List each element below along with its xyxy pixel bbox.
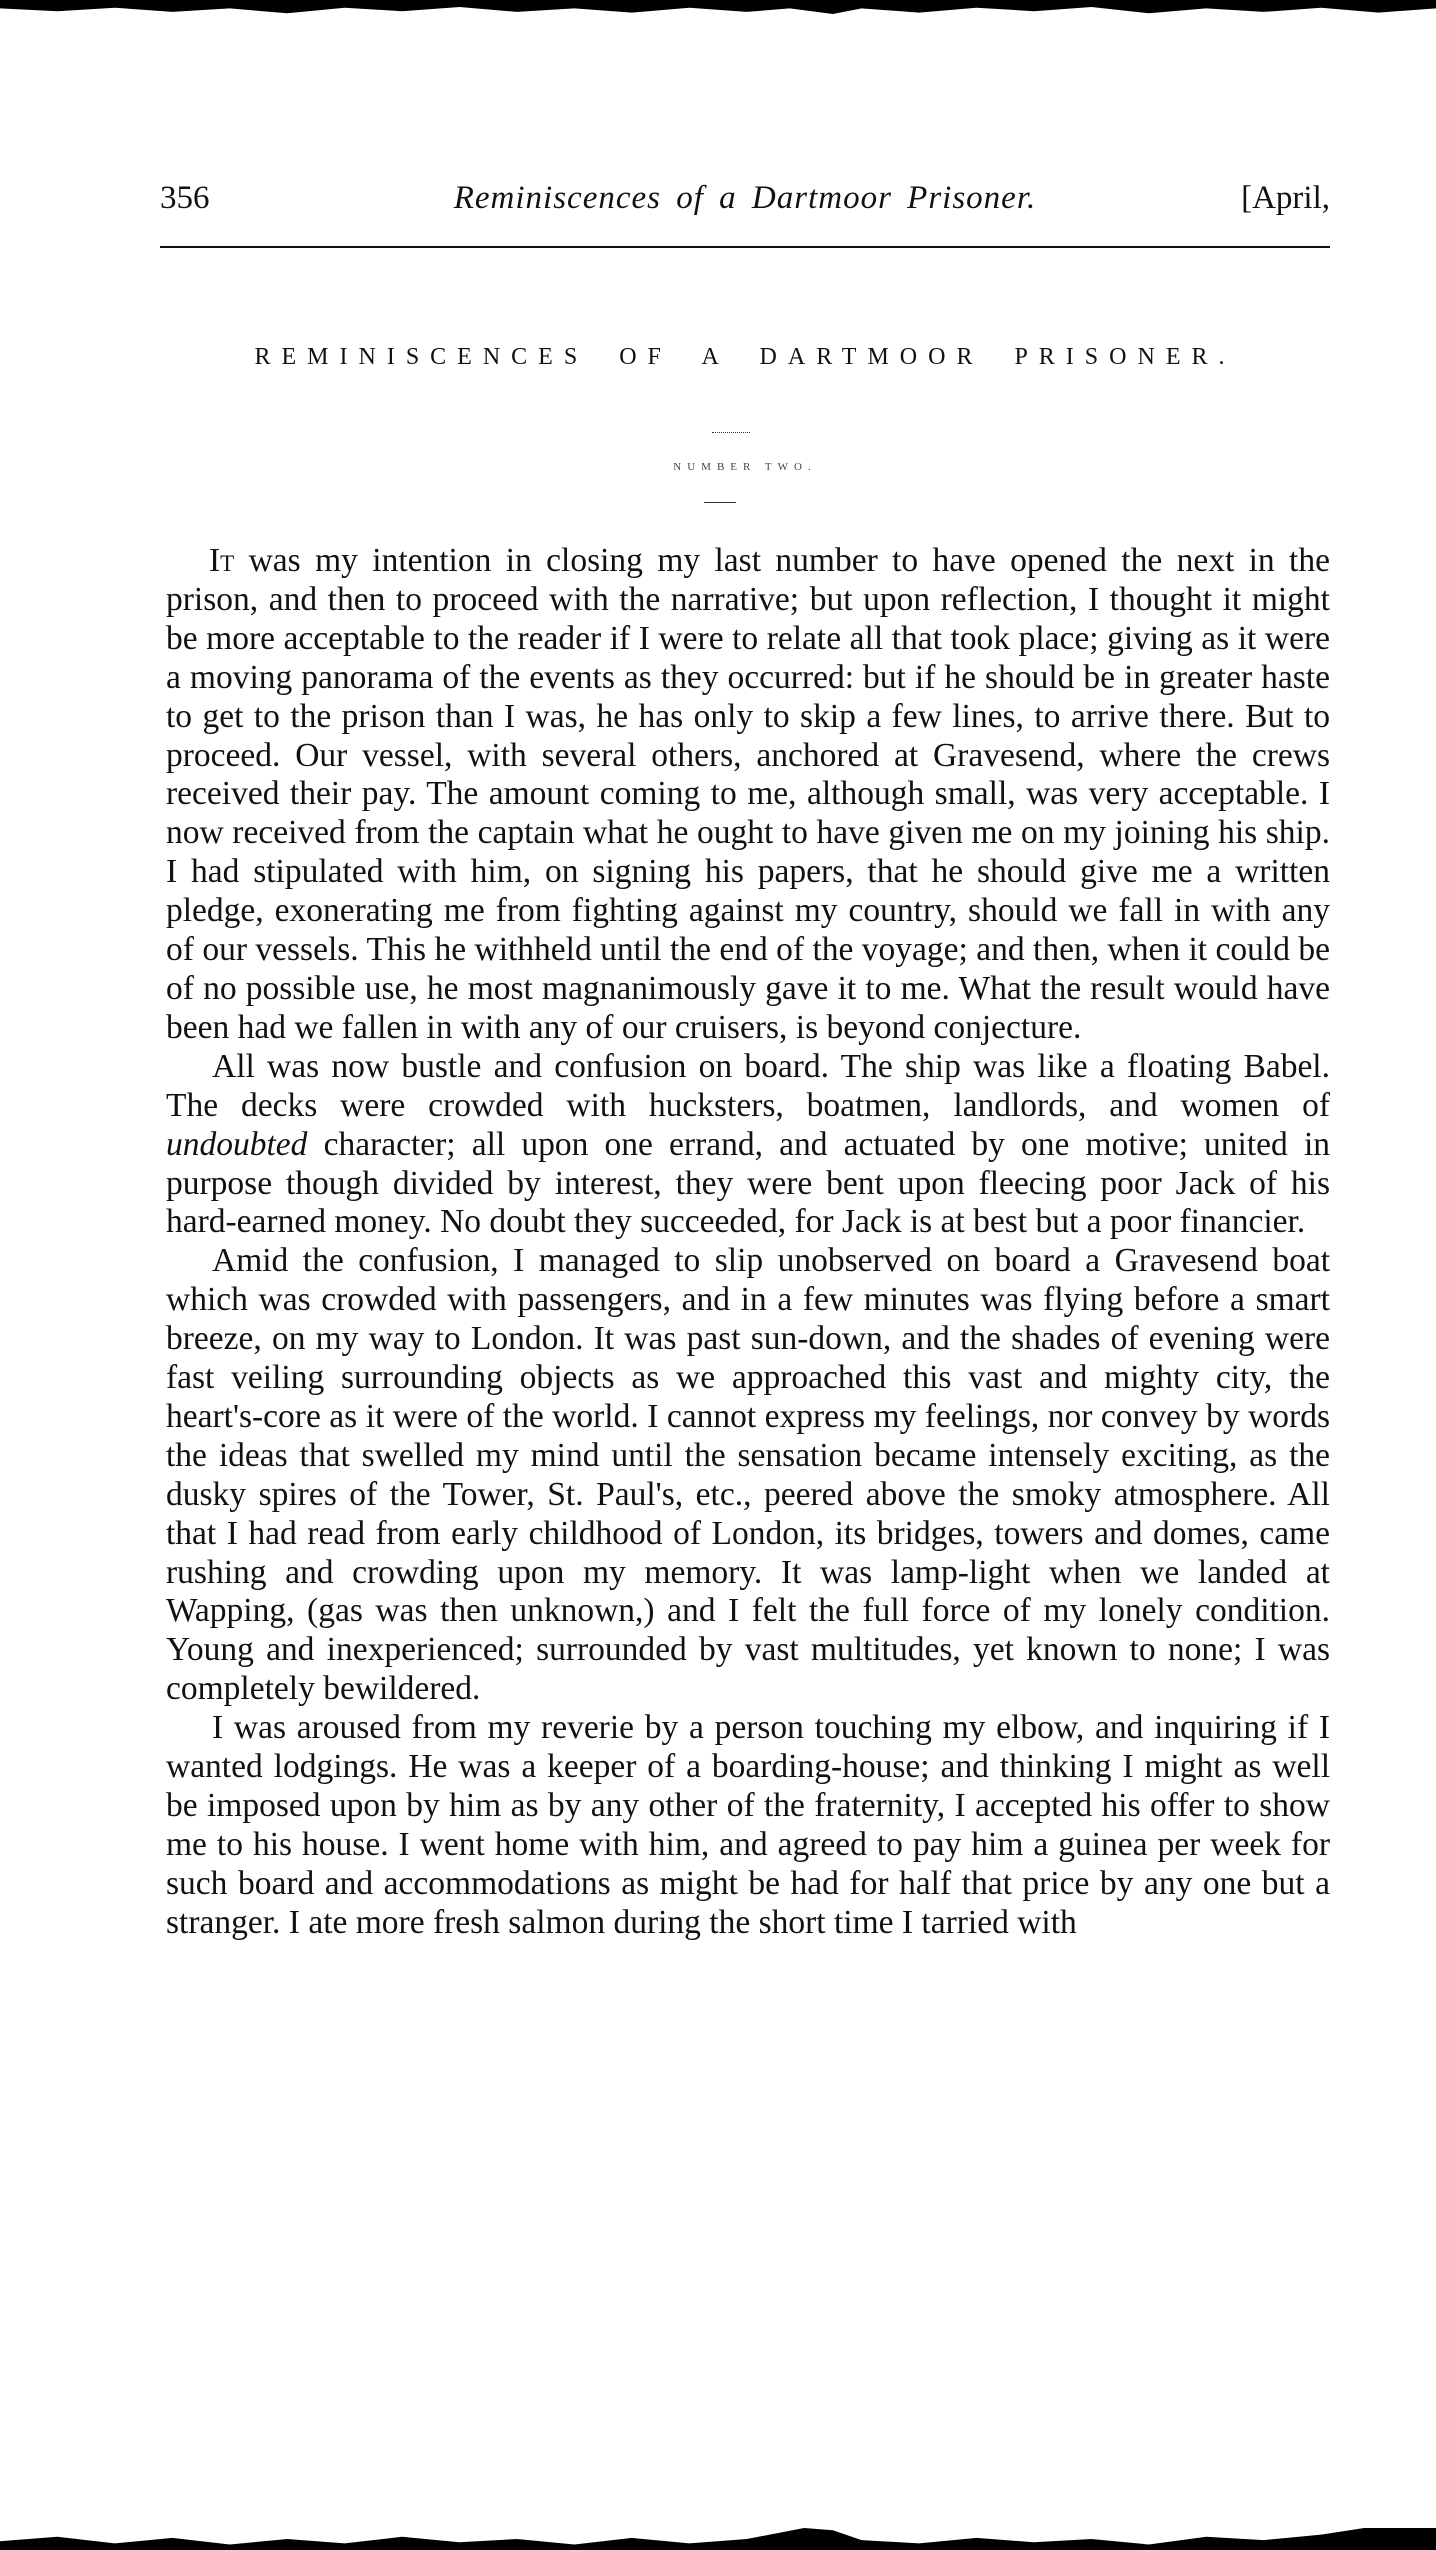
paragraph-3: Amid the confusion, I managed to slip un… <box>166 1242 1330 1709</box>
article-title: REMINISCENCES OF A DARTMOOR PRISONER. <box>160 344 1330 371</box>
paragraph-2: All was now bustle and confusion on boar… <box>166 1048 1330 1243</box>
italic-emphasis: undoubted <box>166 1126 307 1163</box>
ornamental-rule-top <box>712 432 750 433</box>
page-number: 356 <box>160 180 310 217</box>
paragraph-text: character; all upon one errand, and actu… <box>166 1126 1330 1241</box>
ornamental-rule-bottom <box>704 502 736 503</box>
article-subtitle: NUMBER TWO. <box>380 461 1110 473</box>
running-title: Reminiscences of a Dartmoor Prisoner. <box>310 180 1180 217</box>
paragraph-text: was my intention in closing my last numb… <box>166 542 1330 1046</box>
paragraph-text: I was aroused from my reverie by a perso… <box>166 1709 1330 1941</box>
running-header: 356 Reminiscences of a Dartmoor Prisoner… <box>160 180 1330 230</box>
paragraph-text: Amid the confusion, I managed to slip un… <box>166 1242 1330 1707</box>
scan-edge-bottom <box>0 2528 1436 2550</box>
article-body: It was my intention in closing my last n… <box>166 542 1330 1943</box>
paragraph-1: It was my intention in closing my last n… <box>166 542 1330 1048</box>
paragraph-text: All was now bustle and confusion on boar… <box>166 1048 1330 1124</box>
paragraph-4: I was aroused from my reverie by a perso… <box>166 1709 1330 1942</box>
scan-edge-top <box>0 0 1436 14</box>
lead-in-smallcaps: It <box>209 542 234 579</box>
running-month: [April, <box>1180 180 1330 217</box>
header-rule <box>160 246 1330 248</box>
